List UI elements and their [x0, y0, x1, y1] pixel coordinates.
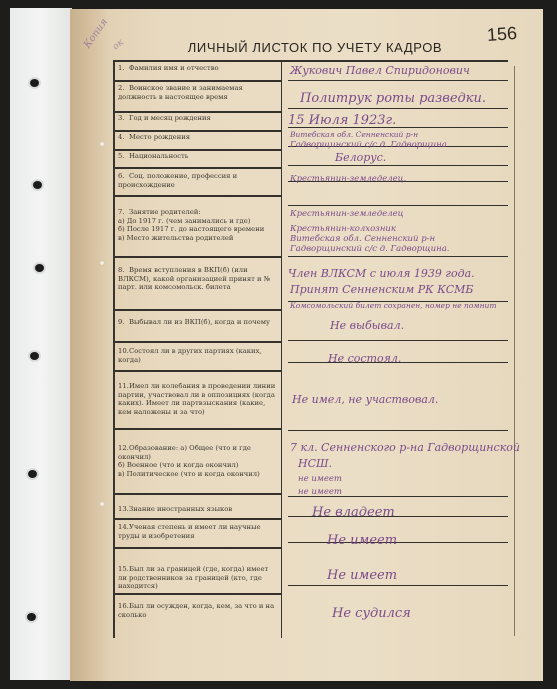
row-divider: [115, 518, 281, 520]
handwritten-answer-12: НСШ.: [298, 457, 332, 470]
row-divider: [115, 547, 281, 549]
field-label-10: 10.Состоял ли в других партиях (каких, к…: [118, 347, 278, 364]
field-label-text: Год и месяц рождения: [129, 114, 211, 122]
punch-hole: [35, 264, 44, 272]
field-label-4: 4.Место рождения: [118, 133, 278, 142]
answer-underline: [288, 340, 508, 341]
field-label-11: 11.Имел ли колебания в проведении линии …: [118, 382, 278, 416]
field-number: 1.: [118, 64, 129, 73]
handwritten-answer-4: Витебская обл. Сенненский р-н: [290, 130, 418, 139]
field-label-text: Был ли осужден, когда, кем, за что и на …: [118, 602, 274, 619]
field-label-5: 5.Национальность: [118, 152, 278, 161]
handwritten-answer-12: 7 кл. Сенненского р-на Гадворщинской: [290, 441, 520, 454]
field-label-13: 13.Знание иностранных языков: [118, 505, 278, 514]
answer-underline: [288, 256, 508, 257]
handwritten-answer-2: Политрук роты разведки.: [300, 91, 486, 106]
row-divider: [115, 256, 281, 258]
answer-underline: [288, 205, 508, 206]
field-label-16: 16.Был ли осужден, когда, кем, за что и …: [118, 602, 278, 619]
field-label-8: 8.Время вступления в ВКП(б) (или ВЛКСМ),…: [118, 266, 278, 292]
field-number: 10.: [118, 347, 129, 356]
table-column-divider: [281, 60, 282, 638]
handwritten-answer-11: Не имел, не участвовал.: [292, 393, 438, 406]
row-divider: [115, 493, 281, 495]
row-divider: [115, 309, 281, 311]
row-divider: [115, 428, 281, 430]
handwritten-answer-7: Крестьянин-земледелец: [290, 209, 404, 219]
field-number: 3.: [118, 114, 129, 123]
answer-underline: [288, 165, 508, 166]
field-label-text: Занятие родителей: а) До 1917 г. (чем за…: [118, 208, 264, 242]
punch-hole: [30, 79, 39, 87]
staple-mark: [100, 261, 104, 265]
field-label-14: 14.Ученая степень и имеет ли научные тру…: [118, 523, 278, 540]
binding-margin-strip: [10, 8, 72, 680]
field-number: 15.: [118, 565, 129, 574]
field-label-text: Национальность: [129, 152, 188, 160]
field-number: 7.: [118, 208, 129, 217]
field-number: 4.: [118, 133, 129, 142]
field-label-text: Был ли за границей (где, когда) имеет ли…: [118, 565, 268, 590]
field-label-text: Соц. положение, профессия и происхождени…: [118, 172, 237, 189]
handwritten-answer-7: Витебская обл. Сенненский р-н: [290, 234, 435, 244]
field-label-text: Ученая степень и имеет ли научные труды …: [118, 523, 261, 540]
handwritten-answer-3: 15 Июля 1923г.: [288, 113, 396, 128]
handwritten-answer-12: не имеет: [298, 487, 342, 497]
handwritten-answer-13: Не владеет: [312, 505, 395, 520]
punch-hole: [33, 181, 42, 189]
punch-hole: [30, 352, 39, 360]
handwritten-answer-16: Не судился: [332, 606, 411, 621]
handwritten-answer-14: Не имеет: [327, 533, 397, 548]
field-label-text: Место рождения: [129, 133, 190, 141]
field-label-3: 3.Год и месяц рождения: [118, 114, 278, 123]
field-number: 16.: [118, 602, 129, 611]
field-label-text: Время вступления в ВКП(б) (или ВЛКСМ), к…: [118, 266, 270, 291]
field-number: 6.: [118, 172, 129, 181]
field-label-15: 15.Был ли за границей (где, когда) имеет…: [118, 565, 278, 591]
answer-underline: [288, 542, 508, 543]
handwritten-answer-4: Гадворщинский с/с д. Гадворщина: [290, 140, 447, 150]
page-number: 156: [486, 23, 517, 46]
handwritten-answer-7: Крестьянин-колхозник: [290, 224, 396, 234]
field-number: 12.: [118, 444, 129, 453]
table-right-border: [514, 66, 515, 636]
row-divider: [115, 195, 281, 197]
staple-mark: [100, 142, 104, 146]
row-divider: [115, 111, 281, 113]
answer-underline: [288, 108, 508, 109]
field-label-1: 1.Фамилия имя и отчество: [118, 64, 278, 73]
field-number: 13.: [118, 505, 129, 514]
punch-hole: [27, 613, 36, 621]
field-label-text: Образование: а) Общее (что и где окончил…: [118, 444, 260, 478]
handwritten-answer-8: Комсомольский билет сохранен, номер не п…: [290, 301, 497, 310]
field-label-9: 9.Выбывал ли из ВКП(б), когда и почему: [118, 318, 278, 327]
field-label-12: 12.Образование: а) Общее (что и где окон…: [118, 444, 278, 478]
handwritten-answer-10: Не состоял.: [328, 352, 401, 365]
handwritten-answer-8: Принят Сенненским РК КСМБ: [290, 283, 473, 296]
field-label-2: 2.Воинское звание и занимаемая должность…: [118, 84, 278, 101]
row-divider: [115, 149, 281, 151]
field-label-7: 7.Занятие родителей: а) До 1917 г. (чем …: [118, 208, 278, 242]
handwritten-answer-1: Жукович Павел Спиридонович: [290, 64, 470, 77]
table-left-border: [113, 60, 115, 638]
row-divider: [115, 167, 281, 169]
answer-underline: [288, 430, 508, 431]
field-number: 2.: [118, 84, 129, 93]
punch-hole: [28, 470, 37, 478]
row-divider: [115, 593, 281, 595]
field-number: 5.: [118, 152, 129, 161]
answer-underline: [288, 80, 508, 81]
handwritten-answer-6: Крестьянин-земледелец.: [290, 174, 406, 184]
row-divider: [115, 370, 281, 372]
handwritten-answer-9: Не выбывал.: [330, 319, 404, 332]
handwritten-answer-7: Гадворщинский с/с д. Гадворщина.: [290, 244, 449, 254]
field-number: 14.: [118, 523, 129, 532]
field-label-6: 6.Соц. положение, профессия и происхожде…: [118, 172, 278, 189]
row-divider: [115, 80, 281, 82]
row-divider: [115, 341, 281, 343]
field-label-text: Выбывал ли из ВКП(б), когда и почему: [129, 318, 270, 326]
handwritten-answer-15: Не имеет: [327, 568, 397, 583]
row-divider: [115, 130, 281, 132]
staple-mark: [100, 502, 104, 506]
field-number: 11.: [118, 382, 129, 391]
field-number: 8.: [118, 266, 129, 275]
page-shadow: [70, 9, 110, 681]
handwritten-answer-8: Член ВЛКСМ с июля 1939 года.: [288, 267, 475, 280]
field-label-text: Фамилия имя и отчество: [129, 64, 219, 72]
field-label-text: Воинское звание и занимаемая должность в…: [118, 84, 243, 101]
field-label-text: Состоял ли в других партиях (каких, когд…: [118, 347, 262, 364]
page-title: ЛИЧНЫЙ ЛИСТОК ПО УЧЕТУ КАДРОВ: [160, 40, 470, 55]
handwritten-answer-12: не имеет: [298, 474, 342, 484]
field-number: 9.: [118, 318, 129, 327]
field-label-text: Знание иностранных языков: [129, 505, 232, 513]
answer-underline: [288, 585, 508, 586]
handwritten-answer-5: Белорус.: [335, 151, 386, 164]
table-top-border: [113, 60, 508, 62]
field-label-text: Имел ли колебания в проведении линии пар…: [118, 382, 275, 416]
